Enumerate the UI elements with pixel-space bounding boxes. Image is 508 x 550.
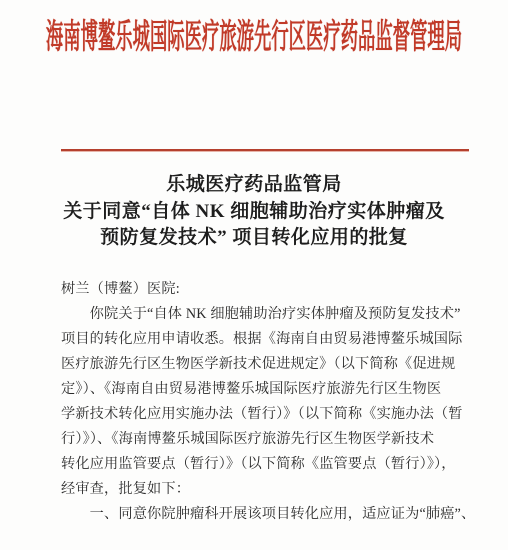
body-text-line: 一、同意你院肿瘤科开展该项目转化应用，适应证为“肺癌”、 bbox=[61, 502, 471, 527]
body-text-line: 经审查，批复如下： bbox=[61, 477, 471, 502]
agency-header: 海南博鳌乐城国际医疗旅游先行区医疗药品监督管理局 bbox=[0, 16, 508, 60]
document-body: 树兰（博鳌）医院: 你院关于“自体 NK 细胞辅助治疗实体肿瘤及预防复发技术”项… bbox=[61, 277, 471, 527]
document-page: 海南博鳌乐城国际医疗旅游先行区医疗药品监督管理局 乐城医疗药品监管局关于同意“自… bbox=[0, 0, 508, 550]
red-divider-line bbox=[61, 149, 469, 151]
title-line: 关于同意“自体 NK 细胞辅助治疗实体肿瘤及 bbox=[0, 199, 508, 226]
title-line: 乐城医疗药品监管局 bbox=[0, 172, 508, 199]
body-text-line: 学新技术转化应用实施办法（暂行）》（以下简称《实施办法（暂 bbox=[61, 402, 471, 427]
body-text-line: 树兰（博鳌）医院: bbox=[61, 277, 471, 302]
agency-name: 海南博鳌乐城国际医疗旅游先行区医疗药品监督管理局 bbox=[46, 18, 462, 58]
body-text-line: 你院关于“自体 NK 细胞辅助治疗实体肿瘤及预防复发技术” bbox=[61, 302, 471, 327]
title-line: 预防复发技术” 项目转化应用的批复 bbox=[0, 225, 508, 252]
body-text-line: 行）》）、《海南博鳌乐城国际医疗旅游先行区生物医学新技术 bbox=[61, 427, 471, 452]
body-text-line: 转化应用监管要点（暂行）》（以下简称《监管要点（暂行）》）， bbox=[61, 452, 471, 477]
body-text-line: 定》）、《海南自由贸易港博鳌乐城国际医疗旅游先行区生物医 bbox=[61, 377, 471, 402]
body-text-line: 项目的转化应用申请收悉。根据《海南自由贸易港博鳌乐城国际 bbox=[61, 327, 471, 352]
body-text-line: 医疗旅游先行区生物医学新技术促进规定》（以下简称《促进规 bbox=[61, 352, 471, 377]
document-title: 乐城医疗药品监管局关于同意“自体 NK 细胞辅助治疗实体肿瘤及预防复发技术” 项… bbox=[0, 172, 508, 252]
